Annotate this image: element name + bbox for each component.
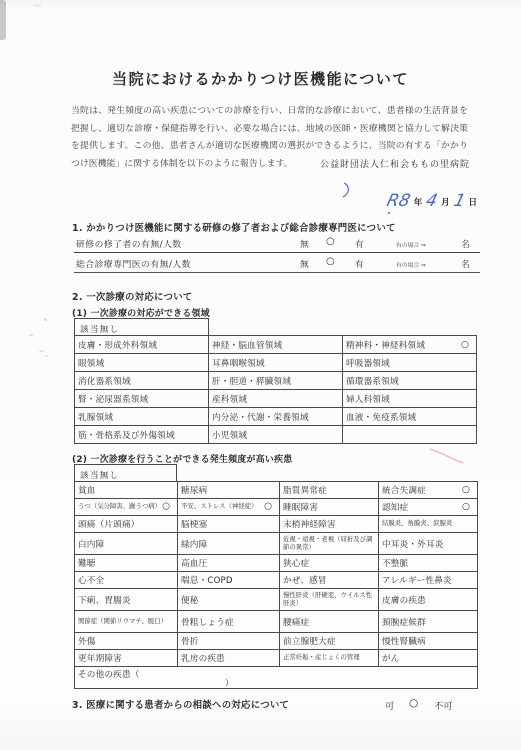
circle-mark: ○: [409, 697, 418, 709]
table-cell: 慢性肝炎（肝硬変、ウイルス性肝炎）: [280, 589, 379, 611]
table-cell: うつ（気分障害、躁うつ病）○: [75, 499, 178, 516]
not-applicable-cell: 該当無し: [74, 318, 209, 335]
circle-mark: ○: [462, 502, 470, 512]
scan-smudge: [33, 4, 42, 7]
table-cell: 不整脈: [379, 555, 478, 572]
handwritten-day-value: 1: [452, 193, 467, 210]
table-cell: 乳房の疾患: [178, 650, 280, 667]
table-row: 消化器系領域 肝・胆道・膵臓領域 循環器系領域: [75, 372, 477, 390]
table-cell: 腰痛症: [280, 611, 379, 633]
table-cell: 貧血: [75, 482, 178, 499]
table-row: 難聴 高血圧 狭心症 不整脈: [75, 555, 478, 572]
table-row: 白内障 緑内障 近視・遠視・老視（屈折及び調節の異常） 中耳炎・外耳炎: [75, 533, 478, 555]
circle-mark: ○: [326, 236, 335, 247]
table-cell: 眼領域: [75, 354, 209, 372]
table-cell: 呼吸器領域: [343, 354, 477, 372]
table-cell: 慢性腎臓病: [379, 633, 478, 650]
section-3-heading: 3. 医療に関する患者からの相談への対応について: [72, 697, 289, 711]
other-diseases-label: その他の疾患（: [78, 670, 140, 680]
table-cell: 便秘: [178, 589, 280, 611]
organization-name: 公益財団法人仁和会ももの里病院: [320, 157, 470, 170]
document-title: 当院におけるかかりつけ医機能について: [0, 68, 521, 89]
scan-smudge: [45, 355, 48, 357]
if-yes-note: 有の場合 ⇒: [396, 260, 426, 269]
table-row: 筋・骨格系及び外傷領域 小児領域: [75, 426, 477, 444]
not-applicable-cell: 該当無し: [74, 464, 177, 481]
table-cell: 頚腕症候群: [379, 611, 478, 633]
table-cell: 血液・免疫系領域: [343, 408, 477, 426]
other-diseases-cell: その他の疾患（ ）: [75, 667, 478, 689]
section-2-heading: 2. 一次診療の対応について: [72, 289, 193, 303]
table-cell: 統合失調症○: [379, 482, 478, 499]
closing-paren: ）: [225, 677, 234, 689]
table-row: 貧血 糖尿病 脂質異常症 統合失調症○: [75, 482, 478, 499]
table-cell: 腎・泌尿器系領域: [75, 390, 209, 408]
day-label: 日: [467, 196, 478, 210]
option-no: 不可: [434, 698, 453, 712]
table-cell: 喘息・COPD: [178, 572, 280, 589]
table-cell: 認知症○: [379, 499, 478, 516]
table-cell: 婦人科領域: [343, 390, 477, 408]
table-cell: アレルギー性鼻炎: [379, 572, 478, 589]
pink-pen-stroke: [430, 449, 463, 463]
row-label: 総合診療専門医の有無/人数: [76, 257, 191, 270]
table-cell: 高血圧: [178, 555, 280, 572]
table-row: その他の疾患（ ）: [75, 667, 478, 689]
circle-mark: ○: [162, 503, 170, 511]
option-no: 無: [300, 257, 309, 270]
table-cell: 内分泌・代謝・栄養領域: [209, 408, 343, 426]
table-cell: 精神科・神経科領域○: [343, 336, 477, 354]
table-cell: 小児領域: [209, 426, 343, 444]
option-no: 無: [300, 237, 309, 250]
general-practitioner-row: 総合診療専門医の有無/人数 無 ○ 有 有の場合 ⇒ 名: [74, 254, 480, 273]
circle-mark: ○: [461, 340, 469, 350]
table-cell: 産科領域: [209, 390, 343, 408]
table-cell: 末梢神経障害: [280, 516, 379, 533]
table-cell: 関節症（関節リウマチ、脱臼）: [75, 611, 178, 633]
table-cell: 近視・遠視・老視（屈折及び調節の異常）: [280, 533, 379, 555]
table-cell: 循環器系領域: [343, 372, 477, 390]
table-row: 更年期障害 乳房の疾患 正常妊娠・産じょくの管理 がん: [75, 650, 478, 667]
handwritten-month-value: 4: [424, 193, 439, 210]
circle-mark: ○: [326, 256, 335, 267]
table-cell: 乳腺領域: [75, 408, 209, 426]
table-cell: 肝・胆道・膵臓領域: [209, 372, 343, 390]
table-cell: 下痢、胃腸炎: [75, 589, 178, 611]
table-row: 頭痛（片頭痛） 脳梗塞 末梢神経障害 結膜炎、角膜炎、涙腺炎: [75, 516, 478, 533]
table-row: 関節症（関節リウマチ、脱臼） 骨粗しょう症 腰痛症 頚腕症候群: [75, 611, 478, 633]
table-cell: 中耳炎・外耳炎: [379, 533, 478, 555]
handwritten-year-value: R8: [385, 193, 412, 210]
common-disease-table: 貧血 糖尿病 脂質異常症 統合失調症○ うつ（気分障害、躁うつ病）○ 不安、スト…: [74, 481, 478, 689]
blue-pen-stroke: [343, 183, 348, 197]
table-row: うつ（気分障害、躁うつ病）○ 不安、ストレス（神経症）○ 睡眠障害 認知症○: [75, 499, 478, 516]
section-3-row: 3. 医療に関する患者からの相談への対応について 可 ○ 不可: [0, 697, 521, 713]
month-label: 月: [440, 196, 451, 210]
training-completion-row: 研修の修了者の有無/人数 無 ○ 有 有の場合 ⇒ 名: [74, 234, 480, 253]
table-cell: 前立腺肥大症: [280, 633, 379, 650]
table-cell: 骨粗しょう症: [178, 611, 280, 633]
table-cell: 更年期障害: [75, 650, 178, 667]
year-label: 年: [413, 196, 424, 210]
scan-smudge: [39, 350, 44, 352]
table-row: 乳腺領域 内分泌・代謝・栄養領域 血液・免疫系領域: [75, 408, 477, 426]
table-row: 心不全 喘息・COPD かぜ、感冒 アレルギー性鼻炎: [75, 572, 478, 589]
table-cell: 不安、ストレス（神経症）○: [178, 499, 280, 516]
table-row: 眼領域 耳鼻咽喉領域 呼吸器領域: [75, 354, 477, 372]
count-unit: 名: [461, 237, 470, 250]
table-row: 皮膚・形成外科領域 神経・脳血管領域 精神科・神経科領域○: [75, 336, 477, 354]
table-row: 外傷 骨折 前立腺肥大症 慢性腎臓病: [75, 633, 478, 650]
option-yes: 有: [355, 257, 364, 270]
table-cell: 緑内障: [178, 533, 280, 555]
table-cell: 神経・脳血管領域: [209, 336, 343, 354]
ink-dot: [388, 212, 390, 214]
table-cell: 脂質異常症: [280, 482, 379, 499]
table-cell: 結膜炎、角膜炎、涙腺炎: [379, 516, 478, 533]
table-cell: 睡眠障害: [280, 499, 379, 516]
scan-smudge: [44, 318, 47, 321]
option-yes: 有: [355, 237, 364, 250]
table-cell: 脳梗塞: [178, 516, 280, 533]
table-cell: 耳鼻咽喉領域: [209, 354, 343, 372]
scanned-document-page: { "doc": { "title": "当院におけるかかりつけ医機能について"…: [0, 0, 521, 750]
table-cell: 心不全: [75, 572, 178, 589]
report-date: R8 年 4 月 1 日: [387, 193, 478, 210]
if-yes-note: 有の場合 ⇒: [396, 240, 426, 249]
table-cell: 正常妊娠・産じょくの管理: [280, 650, 379, 667]
table-cell: 消化器系領域: [75, 372, 209, 390]
table-cell: 骨折: [178, 633, 280, 650]
row-label: 研修の修了者の有無/人数: [76, 237, 182, 250]
table-cell: 頭痛（片頭痛）: [75, 516, 178, 533]
table-cell: 狭心症: [280, 555, 379, 572]
count-unit: 名: [461, 257, 470, 270]
scan-smudge: [29, 334, 33, 336]
table-cell: かぜ、感冒: [280, 572, 379, 589]
table-cell: 筋・骨格系及び外傷領域: [75, 426, 209, 444]
circle-mark: ○: [462, 485, 470, 495]
table-cell: [343, 426, 477, 444]
scan-edge-artifact: [0, 0, 6, 40]
table-row: 下痢、胃腸炎 便秘 慢性肝炎（肝硬変、ウイルス性肝炎） 皮膚の疾患: [75, 589, 478, 611]
table-cell: 糖尿病: [178, 482, 280, 499]
table-cell: 外傷: [75, 633, 178, 650]
table-cell: 皮膚・形成外科領域: [75, 336, 209, 354]
table-cell: 皮膚の疾患: [379, 589, 478, 611]
table-cell: 難聴: [75, 555, 178, 572]
circle-mark: ○: [264, 503, 272, 511]
table-row: 腎・泌尿器系領域 産科領域 婦人科領域: [75, 390, 477, 408]
option-yes: 可: [385, 698, 394, 712]
primary-care-domain-table: 皮膚・形成外科領域 神経・脳血管領域 精神科・神経科領域○ 眼領域 耳鼻咽喉領域…: [74, 335, 477, 444]
section-1-heading: 1. かかりつけ医機能に関する研修の修了者および総合診療専門医について: [72, 220, 396, 234]
table-cell: がん: [379, 650, 478, 667]
table-cell: 白内障: [75, 533, 178, 555]
